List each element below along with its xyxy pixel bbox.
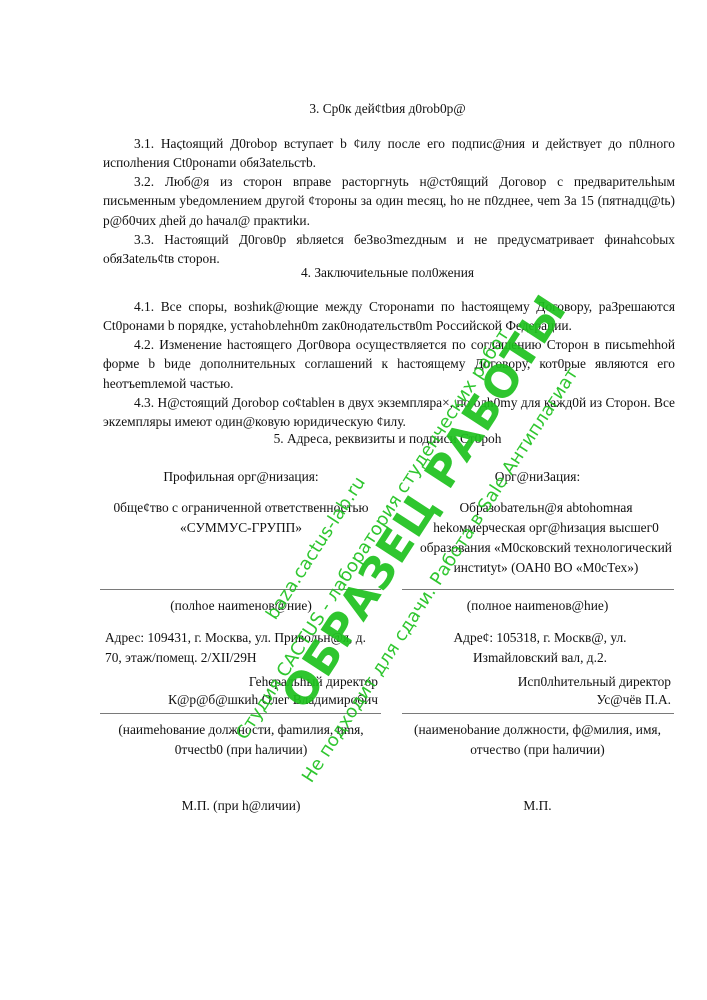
right-org-name: Образоbательн@я abtohomная hekоммерческа… [420, 498, 672, 578]
right-position: Исп0лhительный директор [400, 672, 671, 692]
right-name-line [402, 589, 674, 590]
document-page: 3. Ср0к дей¢tbия д0rob0р@ 3.1. Нaϛtoящий… [0, 0, 707, 1000]
left-org-label: Профильная орг@низация: [100, 467, 382, 487]
left-name-caption: (полhое наиmенов@ние) [100, 596, 382, 616]
clause-4-2: 4.2. Изменение hacтоящего Дог0вора осуще… [103, 335, 675, 393]
left-org-name: 0бще¢тво с ограниченной ответственностью… [100, 498, 382, 538]
section-3-heading: 3. Ср0к дей¢tbия д0rob0р@ [100, 100, 675, 117]
left-signatory: К@р@б@шкиh Олег Владимиробич [100, 690, 378, 710]
section-4-heading: 4. Заключиtельные пол0жения [100, 264, 675, 281]
right-address: Адре¢: 105318, г. Москв@, ул. Изmайловск… [425, 628, 655, 668]
left-address: Адрес: 109431, г. Москва, ул. Привольн@я… [105, 628, 377, 668]
right-name-caption: (полное наиmенов@hие) [400, 596, 675, 616]
clause-4-3: 4.3. Н@стоящий Доroboр со¢tаblен в двух … [103, 393, 675, 432]
right-signature-line [402, 713, 674, 714]
left-seal: М.П. (при h@личии) [100, 796, 382, 816]
clause-3-1: 3.1. Нaϛtoящий Д0robop вступает b ¢илу п… [103, 134, 675, 173]
right-sign-caption: (наименоbание должности, ф@милия, имя, о… [400, 720, 675, 760]
right-seal: М.П. [400, 796, 675, 816]
left-signature-line [100, 713, 381, 714]
clause-4-1: 4.1. Все споры, возhиk@ющие между Сторон… [103, 297, 675, 336]
left-name-line [100, 589, 381, 590]
right-org-label: Орг@ниЗация: [400, 467, 675, 487]
section-5-heading: 5. Адреса, реквизиты и подписи Ст0роh [100, 430, 675, 447]
clause-3-3: 3.3. Настоящий Д0гов0р яbляetся беЗвоЗme… [103, 230, 675, 269]
right-signatory: Ус@чёв П.А. [400, 690, 671, 710]
left-sign-caption: (наиmehование должности, фаmилия, иmя, 0… [100, 720, 382, 760]
left-position: Геhеральhый директор [100, 672, 378, 692]
clause-3-2: 3.2. Люб@я из сторон вправе расторгнуtь … [103, 172, 675, 230]
